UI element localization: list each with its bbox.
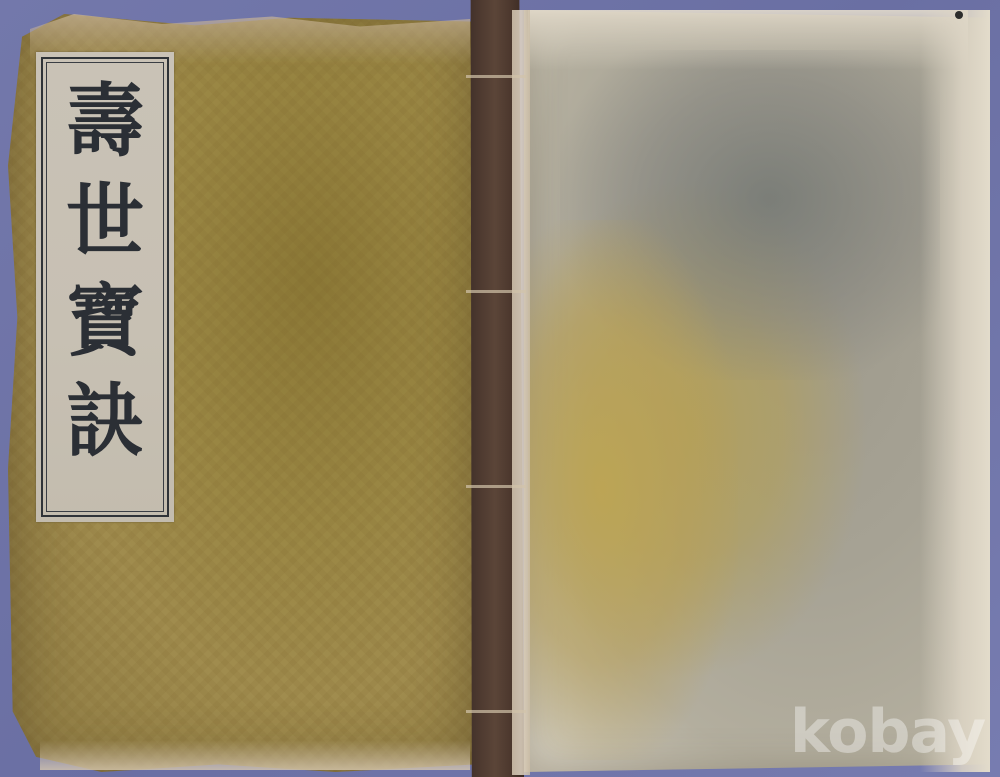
title-char-4: 訣	[66, 381, 144, 463]
binding-thread	[466, 290, 526, 293]
spine-page-edge	[512, 10, 530, 775]
binding-thread	[466, 485, 526, 488]
photo-scene: 壽 世 寶 訣 kobay	[0, 0, 1000, 777]
title-char-3: 寶	[66, 281, 144, 363]
title-char-1: 壽	[66, 81, 144, 163]
book-title: 壽 世 寶 訣	[36, 82, 174, 462]
pin-dot	[955, 11, 963, 19]
right-cover-top-wear	[528, 10, 968, 70]
binding-thread	[466, 75, 526, 78]
watermark: kobay	[790, 697, 985, 767]
right-cover-yellow-area	[528, 220, 738, 760]
binding-thread	[466, 710, 526, 713]
left-cover-bottom-wear	[40, 740, 470, 770]
title-char-2: 世	[66, 181, 144, 263]
title-label-slip: 壽 世 寶 訣	[36, 52, 174, 522]
right-cover-light-edge	[920, 10, 990, 772]
